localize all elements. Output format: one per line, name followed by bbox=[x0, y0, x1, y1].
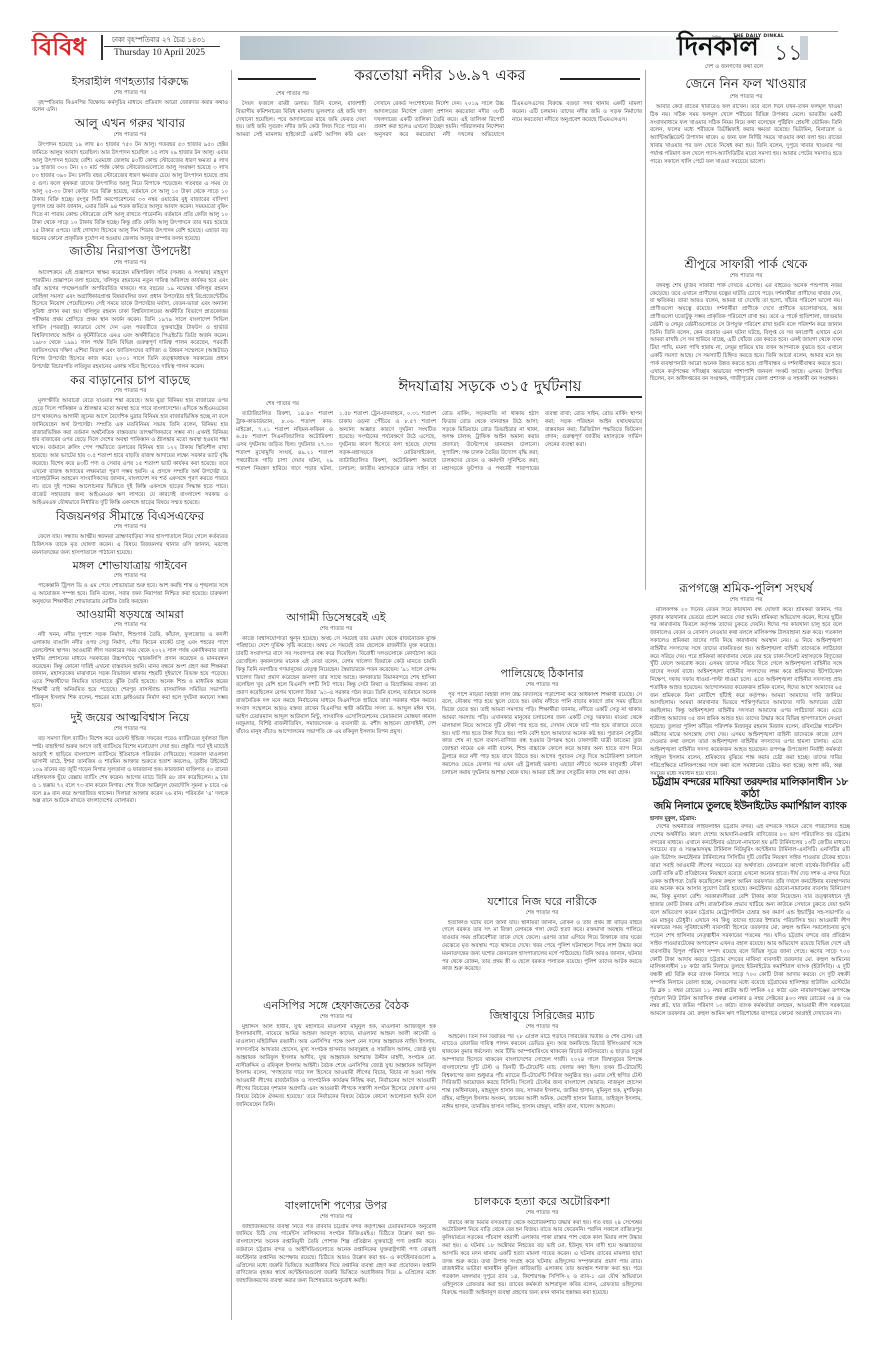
article-december: আগামী ডিসেম্বরেই এই শেষ পাতার পর কাজে বি… bbox=[236, 612, 436, 971]
date-rule bbox=[104, 46, 220, 47]
article-body: আদেশক্রমে এই প্রজ্ঞাপনে স্বাক্ষর করেছেন … bbox=[32, 270, 228, 371]
article-body: মালিকপক্ষ ২০ দিনের বেতন দিয়ে কারখানা বন… bbox=[650, 607, 842, 777]
headline: এনসিপির সঙ্গে হেফাজতের বৈঠক bbox=[236, 1000, 436, 1013]
headline: রূপগঞ্জে শ্রমিক-পুলিশ সংঘর্ষ bbox=[650, 582, 842, 596]
column-divider bbox=[645, 70, 646, 590]
paper-logo: দিনকাল bbox=[677, 34, 759, 60]
date-bangla: ঢাকা বৃহস্পতিবার ২৭ চৈত্র ১৪৩১ bbox=[112, 34, 205, 46]
article-body: বারারে কাজ মিয়ার বসতবাড়ি থেকে অটোরিকশা… bbox=[442, 1220, 642, 1320]
continued-label: শেষ পাতার পর bbox=[236, 401, 642, 409]
continued-label: শেষ পাতার পর bbox=[32, 726, 228, 734]
headline: আওয়ামী ষড়যন্ত্রে আমরা bbox=[32, 609, 228, 622]
article-karatoya: শেষ পাতার পর সৈয়দ ফজলে রাব্বী ডলার। তিন… bbox=[236, 90, 642, 351]
headline: জাতীয় নিরাপত্তা উপদেষ্টা bbox=[32, 245, 228, 259]
article-body: মূল্যস্ফীতি আবারো বেড়ে যাওয়ার শঙ্কা রয… bbox=[32, 398, 228, 507]
article-fruit: জেনে নিন ফল খাওয়ার শেষ পাতার পর আবার কে… bbox=[650, 78, 842, 254]
article-body: উৎপাদন হয়েছে ১৯ লাখ ৪০ হাজার ৭৫০ টন আলু… bbox=[32, 142, 228, 243]
article-refuge: পালিয়েছে ঠিকানার শেষ পাতার পর পূর্ব পাশ… bbox=[442, 668, 642, 917]
article-potato: আলু এখন গরুর খাবার শেষ পাতার পর উৎপাদন হ… bbox=[32, 117, 228, 243]
article-body: নদী খনন, নদীর দুপাশে সড়ক নির্মাণ, শিশুপ… bbox=[32, 632, 228, 710]
article-body: দেশের অর্থনীতির লাইফলাইন চট্টগ্রাম বন্দর… bbox=[650, 824, 850, 1344]
continued-label: শেষ পাতার পর bbox=[236, 626, 436, 634]
article-jessore: যশোরে নিজ ঘরে নারীকে শেষ পাতার পর হত্যাক… bbox=[442, 896, 642, 1015]
headline-rule-right bbox=[560, 78, 640, 80]
headline: জেনে নিন ফল খাওয়ার bbox=[650, 78, 842, 93]
page-number: ১১ bbox=[774, 36, 803, 73]
headline: যশোরে নিজ ঘরে নারীকে bbox=[442, 896, 642, 909]
article-awami: আওয়ামী ষড়যন্ত্রে আমরা শেষ পাতার পর নদী… bbox=[32, 609, 228, 711]
headline-rule bbox=[566, 396, 642, 398]
section-title: বিবিধ bbox=[32, 34, 86, 60]
continued-label: শেষ পাতার পর bbox=[650, 597, 842, 605]
headline: শ্রীপুরে সাফারী পার্ক থেকে bbox=[650, 258, 842, 272]
article-eid: শেষ পাতার পর ব্যাটারিচালিত রিকশা, ১৪.৪৩ … bbox=[236, 400, 642, 591]
article-body: মুহাদ্দিস আল হাবীব, যুগ্ম মহাসচিব মাওলান… bbox=[236, 1024, 436, 1209]
continued-label: শেষ পাতার পর bbox=[650, 94, 842, 102]
headline-line-2: জমি নিলামে তুলছে ইউনাইটেড কমার্শিয়াল ব্… bbox=[650, 800, 850, 812]
article-security: জাতীয় নিরাপত্তা উপদেষ্টা শেষ পাতার পর আ… bbox=[32, 245, 228, 371]
headline: পালিয়েছে ঠিকানার bbox=[442, 668, 642, 681]
article-two-wins: দুই জয়ের আত্মবিশ্বাস নিয়ে শেষ পাতার পর… bbox=[32, 712, 228, 806]
article-rupganj: রূপগঞ্জে শ্রমিক-পুলিশ সংঘর্ষ শেষ পাতার প… bbox=[650, 582, 842, 777]
headline: ইসরাইলি গণহত্যার বিরুদ্ধে bbox=[32, 76, 228, 89]
article-body: ফেলে যায়। সন্ধ্যায় আত্মীয় স্বজনরা ব্র… bbox=[32, 534, 228, 557]
continued-label: শেষ পাতার পর bbox=[32, 388, 228, 396]
article-body: সৈয়দ ফজলে রাব্বী ডলার। তিনি বলেন, রাজশা… bbox=[236, 101, 642, 351]
continued-label: শেষ পাতার পর bbox=[236, 1014, 436, 1022]
article-bsf: বিজয়নগর সীমান্তে বিএসএফের শেষ পাতার পর … bbox=[32, 510, 228, 558]
headline: বিজয়নগর সীমান্তে বিএসএফের bbox=[32, 510, 228, 524]
headline: দুই জয়ের আত্মবিশ্বাস নিয়ে bbox=[32, 712, 228, 725]
article-body: কাজে বিশ্বাসযোগ্যতা ক্ষুণ্ন হয়েছে। অথচ … bbox=[236, 636, 436, 971]
headline-karatoya: করতোয়া নদীর ১৬.৯৭ একর bbox=[320, 67, 560, 84]
continued-label: শেষ পাতার পর bbox=[32, 90, 228, 98]
byline: হাসান মুকুল, চট্টগ্রাম: bbox=[650, 816, 850, 824]
continued-label: শেষ পাতার পর bbox=[442, 910, 642, 918]
continued-label: শেষ পাতার পর bbox=[32, 132, 228, 140]
paper-tagline: দেশ ও জনগণের কথা বলে bbox=[705, 64, 763, 72]
continued-label: শেষ পাতার পর bbox=[32, 260, 228, 268]
article-body: হত্যাকাণ্ড ঘটায় বলে জানা যায়। স্থানীয়… bbox=[442, 920, 642, 1015]
article-body: আবার কেউ রাতের খাবারেও ফল রাখেন। তবে বলে… bbox=[650, 104, 842, 254]
article-body: ব্যাটারিচালিত রিকশা, ১৪.৪৩ শতাংশ ট্রাক-ক… bbox=[236, 411, 642, 591]
article-body: বড় সমস্যা ছিল ব্যাটিং। বিশেষ করে ওয়েস্… bbox=[32, 736, 228, 806]
continued-label: শেষ পাতার পর bbox=[442, 682, 642, 690]
headline: চালককে হত্যা করে অটোরিকশা bbox=[442, 1196, 642, 1209]
article-body: পাকেস্তানি ট্রিপল ডি ও এম পেয়ে শোভাযাত্… bbox=[32, 583, 228, 606]
continued-label: শেষ পাতার পর bbox=[32, 573, 228, 581]
article-israel: ইসরাইলি গণহত্যার বিরুদ্ধে শেষ পাতার পর ব… bbox=[32, 76, 228, 115]
continued-label: শেষ পাতার পর bbox=[236, 1214, 436, 1222]
headline-eid: ঈদযাত্রায় সড়কে ৩১৫ দুর্ঘটনায় bbox=[380, 378, 600, 395]
continued-label: শেষ পাতার পর bbox=[32, 524, 228, 532]
article-body: জাহাজিকরণের ব্যবস্থা নিতে গত রবিবার চট্ট… bbox=[236, 1224, 436, 1319]
left-column: ইসরাইলি গণহত্যার বিরুদ্ধে শেষ পাতার পর ব… bbox=[32, 76, 228, 1326]
article-procession: মঙ্গল শোভাযাত্রায় গাইবেন শেষ পাতার পর প… bbox=[32, 560, 228, 607]
article-tax: কর বাড়ানোর চাপ বাড়ছে শেষ পাতার পর মূল্… bbox=[32, 374, 228, 508]
column-divider bbox=[231, 70, 232, 1320]
continued-label: শেষ পাতার পর bbox=[442, 1024, 642, 1032]
headline: আলু এখন গরুর খাবার bbox=[32, 117, 228, 131]
article-body: বঙ্গবন্ধু শেখ মুজিব সাফারী পার্ক দেখতে এ… bbox=[650, 283, 842, 593]
article-hefazat: এনসিপির সঙ্গে হেফাজতের বৈঠক শেষ পাতার পর… bbox=[236, 1000, 436, 1209]
article-body: আহমেদ। তিন দিন বিরতির পর ২৮ এপ্রিল মাঠে … bbox=[442, 1034, 642, 1209]
continued-label: শেষ পাতার পর bbox=[236, 91, 642, 99]
headline: কর বাড়ানোর চাপ বাড়ছে bbox=[32, 374, 228, 388]
headline: আগামী ডিসেম্বরেই এই bbox=[236, 612, 436, 625]
continued-label: শেষ পাতার পর bbox=[442, 1210, 642, 1218]
article-body: বৃহস্পতিবার বিএনপির বিক্ষোভ কর্মসূচির মা… bbox=[32, 100, 228, 116]
continued-label: শেষ পাতার পর bbox=[32, 622, 228, 630]
continued-label: শেষ পাতার পর bbox=[650, 273, 842, 281]
article-bangladeshi-goods: বাংলাদেশি পণ্যের উপর শেষ পাতার পর জাহাজি… bbox=[236, 1200, 436, 1319]
article-zimbabwe: জিম্বাবুয়ে সিরিজের ম্যাচ শেষ পাতার পর আ… bbox=[442, 1010, 642, 1209]
article-autorickshaw: চালককে হত্যা করে অটোরিকশা শেষ পাতার পর ব… bbox=[442, 1196, 642, 1320]
article-srimangal: শ্রীপুরে সাফারী পার্ক থেকে শেষ পাতার পর … bbox=[650, 258, 842, 593]
masthead-separator bbox=[101, 35, 103, 60]
article-ctg-port: চট্টগ্রাম বন্দরের মাফিয়া তরফদার মালিকান… bbox=[650, 776, 850, 1344]
article-body: পূর্ব পাশে নড়িয়া বিহারী লাল উচ্চ বিদ্য… bbox=[442, 692, 642, 917]
headline: বাংলাদেশি পণ্যের উপর bbox=[236, 1200, 436, 1213]
date-english: Thursday 10 April 2025 bbox=[114, 48, 205, 58]
headline-line-1: চট্টগ্রাম বন্দরের মাফিয়া তরফদার মালিকান… bbox=[650, 776, 850, 800]
headline: জিম্বাবুয়ে সিরিজের ম্যাচ bbox=[442, 1010, 642, 1023]
headline-rule-left bbox=[238, 78, 316, 80]
headline: মঙ্গল শোভাযাত্রায় গাইবেন bbox=[32, 560, 228, 573]
